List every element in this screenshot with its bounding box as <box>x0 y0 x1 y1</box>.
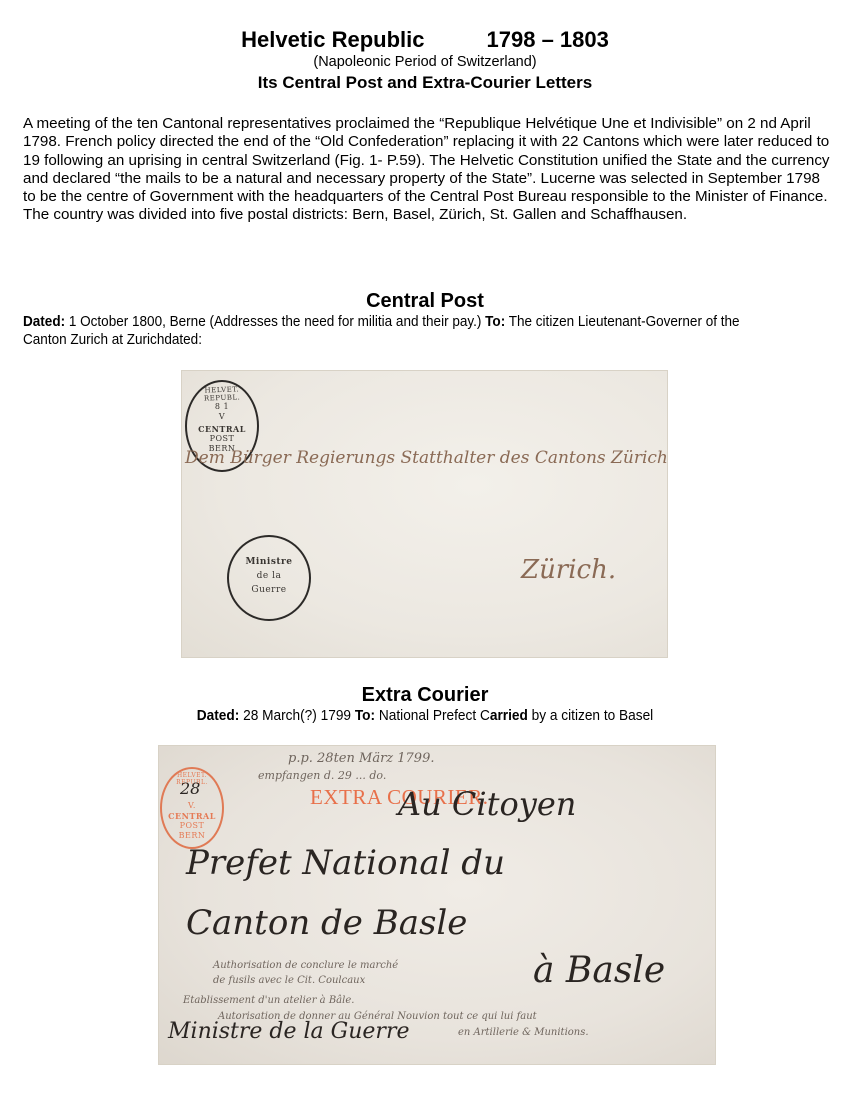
extra-courier-heading: Extra Courier <box>0 684 850 706</box>
stamp-line: POST <box>162 821 222 830</box>
stamp-line: CENTRAL <box>187 424 257 434</box>
address-line: Au Citoyen <box>398 785 576 823</box>
central-post-description: Dated: 1 October 1800, Berne (Addresses … <box>23 313 775 349</box>
docket-line: p.p. 28ten März 1799. <box>288 751 434 766</box>
ministre-guerre-stamp: Ministre de la Guerre <box>227 535 311 621</box>
carried-initial: C <box>480 708 490 724</box>
to-label: To: <box>355 708 375 724</box>
intro-paragraph: A meeting of the ten Cantonal representa… <box>23 115 833 225</box>
docket-note: en Artillerie & Munitions. <box>458 1027 589 1038</box>
stamp-line: 8 1 <box>187 402 257 411</box>
docket-note: Authorisation de conclure le marché <box>213 960 398 971</box>
carried-value: by a citizen to Basel <box>528 708 653 724</box>
title-years: 1798 – 1803 <box>487 27 609 52</box>
stamp-line: de la <box>229 571 309 581</box>
stamp-line: Ministre <box>229 557 309 567</box>
stamp-line: V. <box>162 801 222 810</box>
dated-label: Dated: <box>23 314 65 330</box>
stamp-line: BERN <box>162 831 222 840</box>
page-subtitle: (Napoleonic Period of Switzerland) <box>0 54 850 71</box>
docket-note: de fusils avec le Cit. Coulcaux <box>213 975 365 986</box>
address-line: à Basle <box>533 950 665 991</box>
dated-value: 1 October 1800, Berne (Addresses the nee… <box>65 314 485 330</box>
address-line: Dem Bürger Regierungs Statthalter des Ca… <box>185 448 668 468</box>
central-post-heading: Central Post <box>0 290 850 312</box>
page-title: Helvetic Republic1798 – 1803 <box>0 27 850 53</box>
central-post-red-stamp: HELVET. REPUBL. 28 V. CENTRAL POST BERN <box>160 767 224 849</box>
to-label: To: <box>485 314 505 330</box>
dated-label: Dated: <box>197 708 240 724</box>
dated-value: 28 March(?) 1799 <box>239 708 355 724</box>
stamp-line: Guerre <box>229 585 309 595</box>
docket-note: Etablissement d'un atelier à Bâle. <box>183 995 354 1006</box>
extra-courier-cover-image: HELVET. REPUBL. 28 V. CENTRAL POST BERN … <box>158 745 716 1065</box>
docket-line: empfangen d. 29 ... do. <box>258 769 386 782</box>
stamp-number: 28 <box>180 779 200 798</box>
stamp-line: V <box>187 412 257 421</box>
sender-line: Ministre de la Guerre <box>168 1019 409 1044</box>
address-line: Canton de Basle <box>186 903 467 943</box>
central-post-cover-image: HELVET. REPUBL. 8 1 V CENTRAL POST BERN … <box>181 370 668 658</box>
stamp-line: POST <box>187 434 257 443</box>
address-line: Prefet National du <box>186 843 505 883</box>
extra-courier-description: Dated: 28 March(?) 1799 To: National Pre… <box>21 707 829 725</box>
title-text: Helvetic Republic <box>241 27 424 52</box>
stamp-line: CENTRAL <box>162 811 222 821</box>
page-subheading: Its Central Post and Extra-Courier Lette… <box>0 73 850 93</box>
destination-zurich: Zürich. <box>521 555 616 585</box>
carried-label: arried <box>490 708 528 724</box>
to-value: National Prefect <box>375 708 480 724</box>
stamp-arc-text: HELVET. REPUBL. <box>187 385 258 403</box>
